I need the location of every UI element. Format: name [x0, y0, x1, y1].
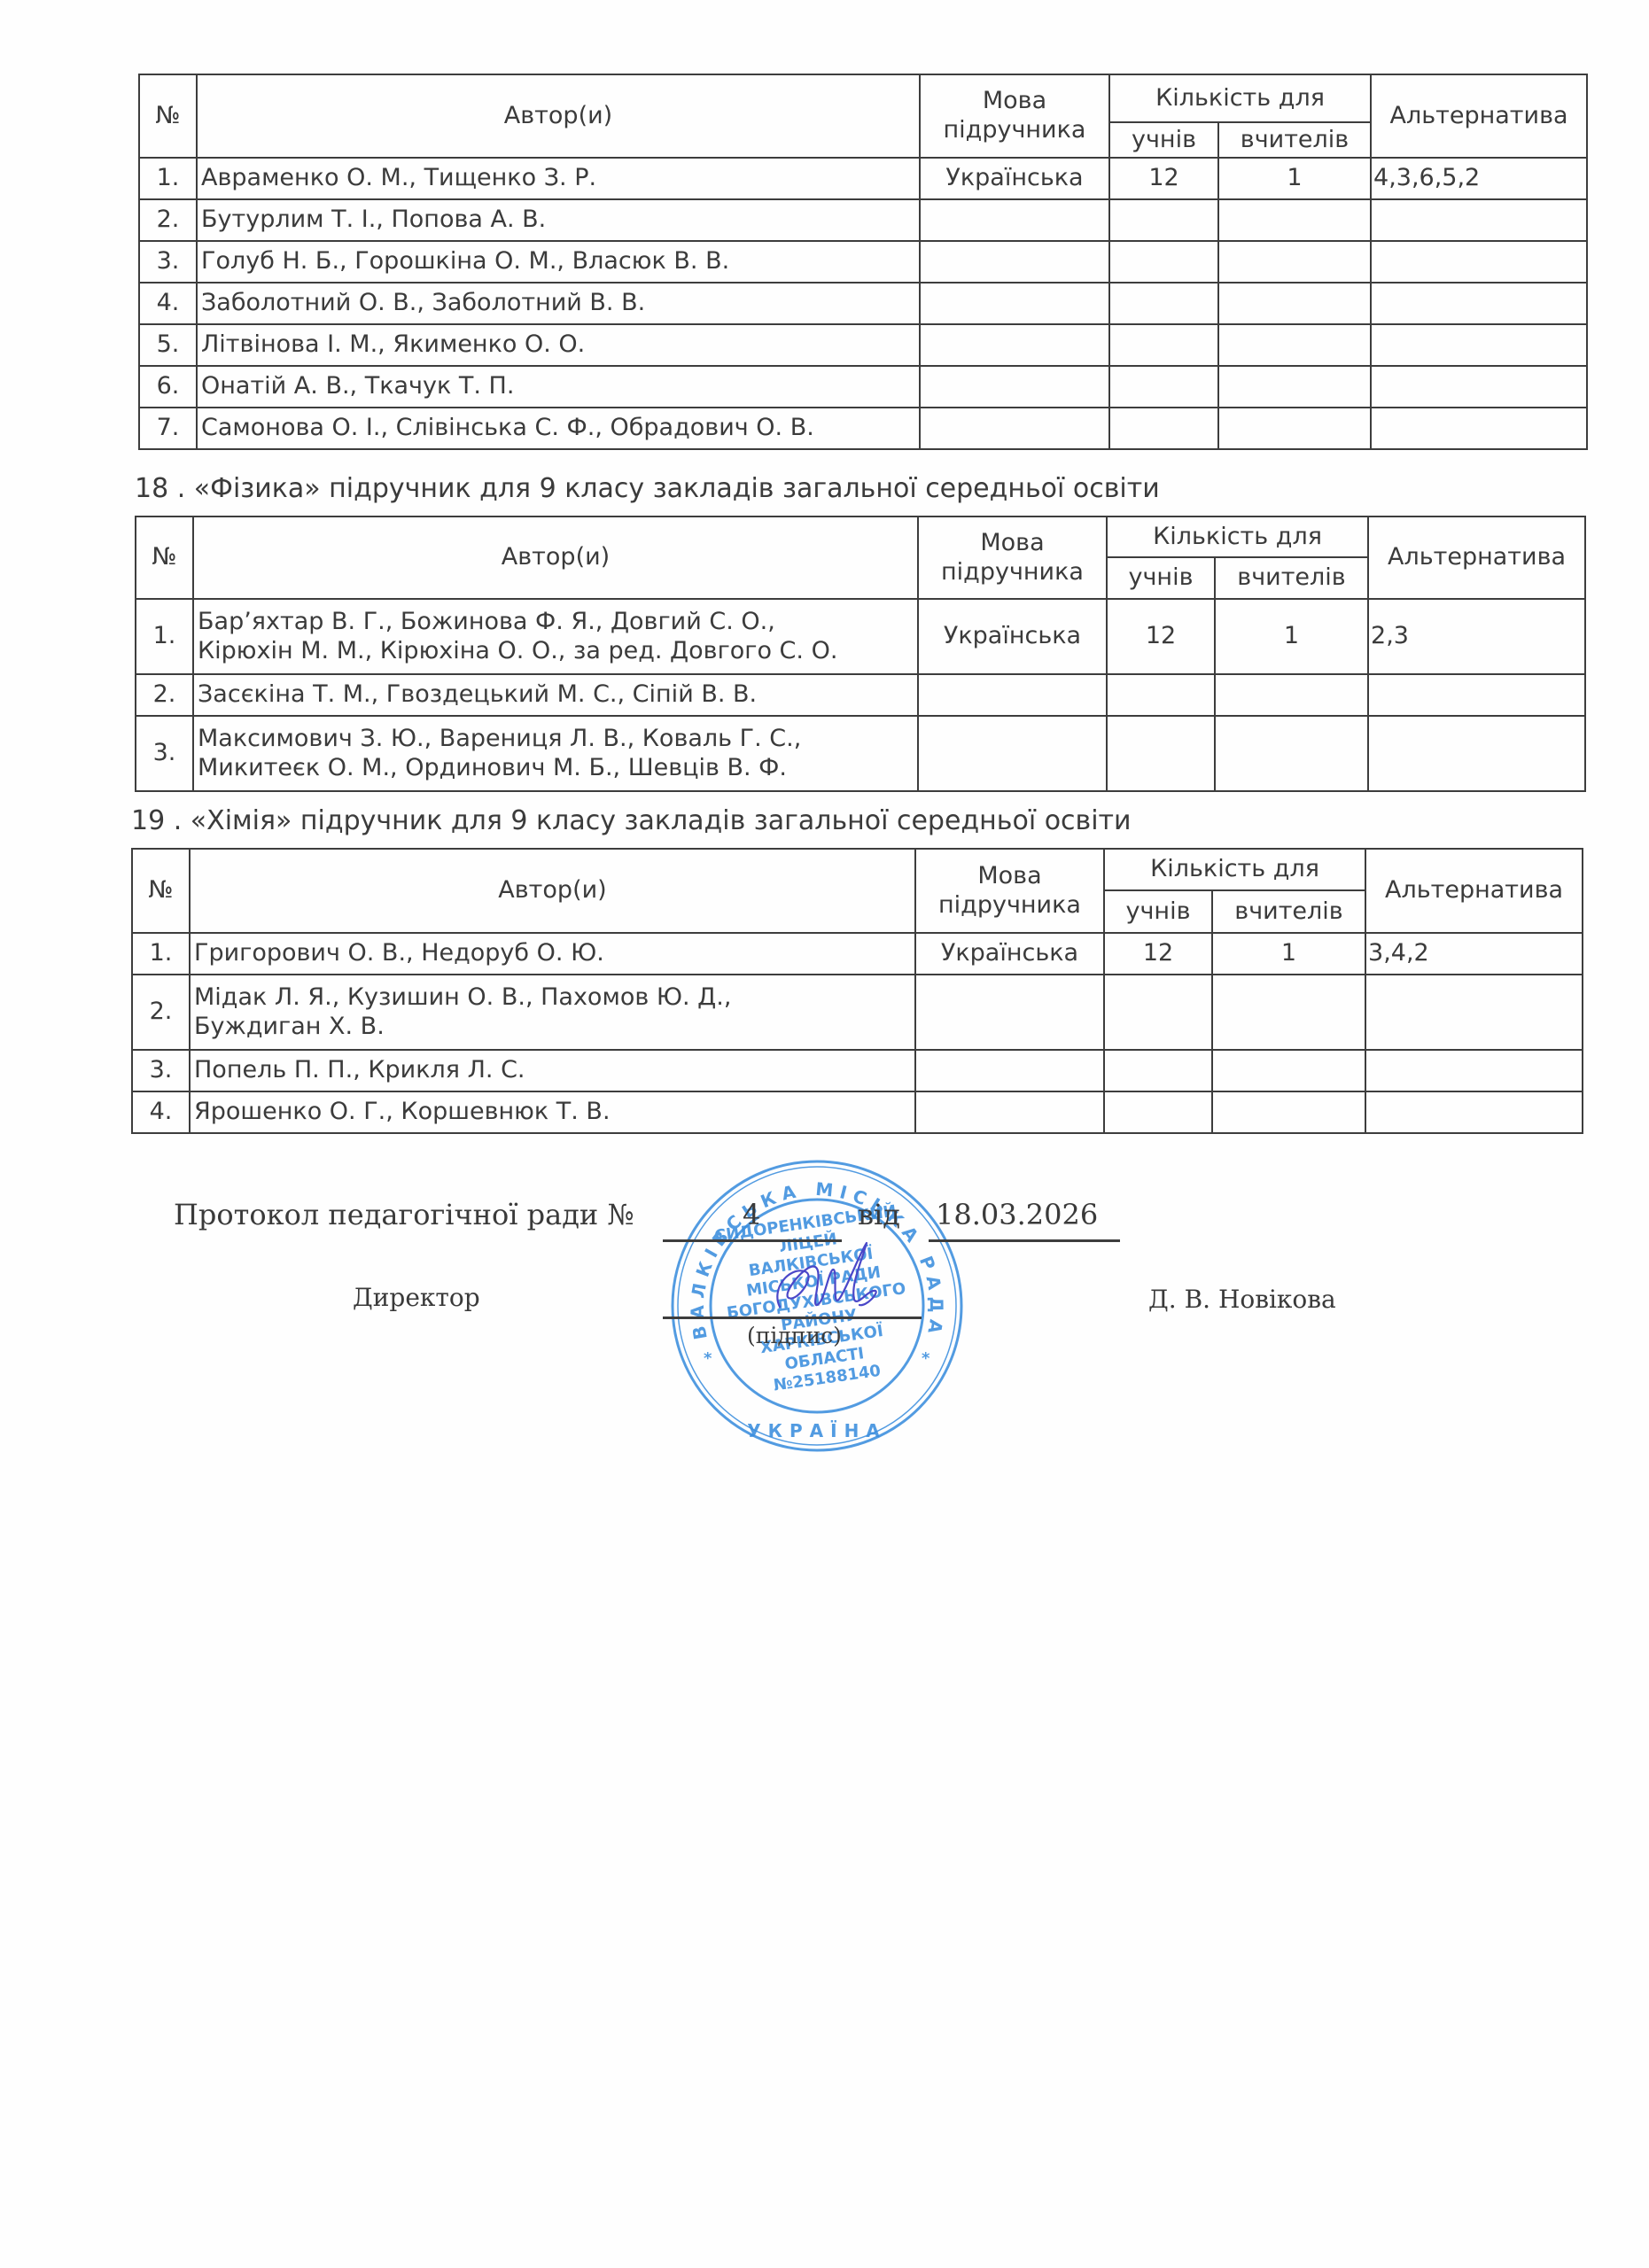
row-teachers-count: [1218, 283, 1371, 324]
row-language: Українська: [915, 933, 1104, 975]
col-header-authors: Автор(и): [190, 849, 915, 933]
row-students-count: 12: [1109, 158, 1218, 199]
row-number: 1.: [139, 158, 197, 199]
protocol-label: Протокол педагогічної ради №: [174, 1198, 634, 1231]
row-alternative: [1371, 241, 1587, 283]
table-row: 3.Попель П. П., Крикля Л. С.: [132, 1050, 1583, 1091]
protocol-number: 4: [743, 1198, 760, 1231]
row-authors: Григорович О. В., Недоруб О. Ю.: [190, 933, 915, 975]
textbook-table-physics: № Автор(и) Мова підручника Кількість для…: [135, 516, 1586, 792]
col-header-num: №: [132, 849, 190, 933]
row-students-count: [1107, 716, 1215, 791]
table-row: 2.Засєкіна Т. М., Гвоздецький М. С., Сіп…: [136, 674, 1585, 716]
table-row: 1.Бар’яхтар В. Г., Божинова Ф. Я., Довги…: [136, 599, 1585, 674]
row-authors: Бар’яхтар В. Г., Божинова Ф. Я., Довгий …: [193, 599, 918, 674]
authors-line: Засєкіна Т. М., Гвоздецький М. С., Сіпій…: [198, 680, 912, 710]
col-header-num: №: [136, 517, 193, 599]
row-students-count: 12: [1104, 933, 1212, 975]
col-header-num: №: [139, 74, 197, 158]
col-header-language: Мова підручника: [918, 517, 1107, 599]
col-header-students: учнів: [1104, 890, 1212, 933]
col-header-teachers: вчителів: [1212, 890, 1365, 933]
row-language: [918, 716, 1107, 791]
row-authors: Попель П. П., Крикля Л. С.: [190, 1050, 915, 1091]
textbook-table-continued: № Автор(и) Мова підручника Кількість для…: [138, 74, 1588, 450]
row-alternative: [1371, 283, 1587, 324]
row-students-count: [1109, 324, 1218, 366]
row-language: [920, 324, 1109, 366]
table-row: 7.Самонова О. І., Слівінська С. Ф., Обра…: [139, 408, 1587, 449]
row-authors: Авраменко О. М., Тищенко З. Р.: [197, 158, 920, 199]
row-teachers-count: [1218, 199, 1371, 241]
table-row: 3.Максимович З. Ю., Варениця Л. В., Кова…: [136, 716, 1585, 791]
row-alternative: 3,4,2: [1365, 933, 1583, 975]
row-students-count: [1109, 199, 1218, 241]
authors-line: Григорович О. В., Недоруб О. Ю.: [194, 939, 909, 968]
row-language: [920, 408, 1109, 449]
handwritten-signature: [762, 1236, 895, 1324]
row-teachers-count: [1212, 975, 1365, 1050]
protocol-date: 18.03.2026: [936, 1198, 1098, 1231]
row-students-count: [1109, 283, 1218, 324]
row-students-count: [1104, 1091, 1212, 1133]
row-students-count: [1109, 408, 1218, 449]
table-row: 5.Літвінова І. М., Якименко О. О.: [139, 324, 1587, 366]
col-header-authors: Автор(и): [193, 517, 918, 599]
col-header-alternative: Альтернатива: [1368, 517, 1585, 599]
authors-line: Кірюхін М. М., Кірюхіна О. О., за ред. Д…: [198, 637, 912, 666]
row-language: Українська: [918, 599, 1107, 674]
row-teachers-count: [1215, 674, 1368, 716]
row-alternative: [1371, 324, 1587, 366]
row-language: Українська: [920, 158, 1109, 199]
row-authors: Онатій А. В., Ткачук Т. П.: [197, 366, 920, 408]
row-language: [920, 199, 1109, 241]
row-students-count: [1104, 1050, 1212, 1091]
row-alternative: [1365, 1091, 1583, 1133]
row-students-count: 12: [1107, 599, 1215, 674]
col-header-quantity: Кількість для: [1104, 849, 1365, 890]
svg-text:*: *: [922, 1349, 930, 1368]
svg-text:*: *: [704, 1349, 712, 1368]
row-teachers-count: 1: [1212, 933, 1365, 975]
row-authors: Самонова О. І., Слівінська С. Ф., Обрадо…: [197, 408, 920, 449]
col-header-language: Мова підручника: [915, 849, 1104, 933]
row-teachers-count: [1215, 716, 1368, 791]
row-teachers-count: [1212, 1091, 1365, 1133]
row-alternative: [1368, 716, 1585, 791]
row-number: 2.: [136, 674, 193, 716]
section-title-physics: 18 . «Фізика» підручник для 9 класу закл…: [135, 473, 1160, 504]
row-authors: Літвінова І. М., Якименко О. О.: [197, 324, 920, 366]
row-number: 1.: [136, 599, 193, 674]
row-teachers-count: 1: [1215, 599, 1368, 674]
table-row: 1.Авраменко О. М., Тищенко З. Р.Українсь…: [139, 158, 1587, 199]
col-header-students: учнів: [1107, 557, 1215, 599]
table-row: 4.Заболотний О. В., Заболотний В. В.: [139, 283, 1587, 324]
row-teachers-count: [1218, 408, 1371, 449]
row-alternative: 4,3,6,5,2: [1371, 158, 1587, 199]
table-row: 1.Григорович О. В., Недоруб О. Ю.Українс…: [132, 933, 1583, 975]
row-teachers-count: [1212, 1050, 1365, 1091]
authors-line: Бар’яхтар В. Г., Божинова Ф. Я., Довгий …: [198, 608, 912, 637]
table-row: 2.Мідак Л. Я., Кузишин О. В., Пахомов Ю.…: [132, 975, 1583, 1050]
row-number: 2.: [132, 975, 190, 1050]
row-number: 5.: [139, 324, 197, 366]
authors-line: Попель П. П., Крикля Л. С.: [194, 1056, 909, 1085]
col-header-teachers: вчителів: [1218, 122, 1371, 158]
row-number: 4.: [139, 283, 197, 324]
row-authors: Бутурлим Т. І., Попова А. В.: [197, 199, 920, 241]
row-authors: Максимович З. Ю., Варениця Л. В., Коваль…: [193, 716, 918, 791]
authors-line: Микитеєк О. М., Ординович М. Б., Шевців …: [198, 754, 912, 783]
row-alternative: [1365, 1050, 1583, 1091]
col-header-authors: Автор(и): [197, 74, 920, 158]
col-header-language: Мова підручника: [920, 74, 1109, 158]
col-header-teachers: вчителів: [1215, 557, 1368, 599]
row-number: 3.: [139, 241, 197, 283]
row-language: [920, 366, 1109, 408]
row-alternative: [1365, 975, 1583, 1050]
table-row: 6.Онатій А. В., Ткачук Т. П.: [139, 366, 1587, 408]
row-number: 2.: [139, 199, 197, 241]
authors-line: Ярошенко О. Г., Коршевнюк Т. В.: [194, 1098, 909, 1127]
row-teachers-count: [1218, 241, 1371, 283]
protocol-from-label: від: [858, 1198, 900, 1231]
row-language: [915, 1091, 1104, 1133]
table-row: 4.Ярошенко О. Г., Коршевнюк Т. В.: [132, 1091, 1583, 1133]
row-alternative: [1371, 366, 1587, 408]
row-number: 4.: [132, 1091, 190, 1133]
director-title: Директор: [353, 1283, 480, 1312]
row-authors: Заболотний О. В., Заболотний В. В.: [197, 283, 920, 324]
row-alternative: [1371, 408, 1587, 449]
document-page: № Автор(и) Мова підручника Кількість для…: [0, 0, 1649, 2268]
col-header-quantity: Кількість для: [1109, 74, 1371, 122]
row-number: 3.: [136, 716, 193, 791]
row-number: 1.: [132, 933, 190, 975]
row-teachers-count: [1218, 324, 1371, 366]
row-teachers-count: 1: [1218, 158, 1371, 199]
row-authors: Мідак Л. Я., Кузишин О. В., Пахомов Ю. Д…: [190, 975, 915, 1050]
col-header-alternative: Альтернатива: [1365, 849, 1583, 933]
row-students-count: [1104, 975, 1212, 1050]
row-alternative: [1368, 674, 1585, 716]
row-number: 7.: [139, 408, 197, 449]
row-students-count: [1109, 241, 1218, 283]
authors-line: Максимович З. Ю., Варениця Л. В., Коваль…: [198, 725, 912, 754]
row-authors: Голуб Н. Б., Горошкіна О. М., Власюк В. …: [197, 241, 920, 283]
row-alternative: [1371, 199, 1587, 241]
authors-line: Мідак Л. Я., Кузишин О. В., Пахомов Ю. Д…: [194, 983, 909, 1013]
protocol-date-underline: [929, 1239, 1120, 1242]
table-row: 2.Бутурлим Т. І., Попова А. В.: [139, 199, 1587, 241]
row-students-count: [1107, 674, 1215, 716]
row-number: 6.: [139, 366, 197, 408]
row-authors: Ярошенко О. Г., Коршевнюк Т. В.: [190, 1091, 915, 1133]
stamp-bottom-text: УКРАЇНА: [747, 1420, 887, 1441]
col-header-alternative: Альтернатива: [1371, 74, 1587, 158]
row-teachers-count: [1218, 366, 1371, 408]
row-language: [915, 1050, 1104, 1091]
table-row: 3.Голуб Н. Б., Горошкіна О. М., Власюк В…: [139, 241, 1587, 283]
col-header-students: учнів: [1109, 122, 1218, 158]
row-language: [920, 283, 1109, 324]
row-language: [920, 241, 1109, 283]
row-number: 3.: [132, 1050, 190, 1091]
row-alternative: 2,3: [1368, 599, 1585, 674]
director-name: Д. В. Новікова: [1148, 1285, 1336, 1314]
row-authors: Засєкіна Т. М., Гвоздецький М. С., Сіпій…: [193, 674, 918, 716]
signature-caption: (підпис): [747, 1323, 842, 1348]
textbook-table-chemistry: № Автор(и) Мова підручника Кількість для…: [131, 848, 1583, 1134]
row-language: [915, 975, 1104, 1050]
authors-line: Буждиган Х. В.: [194, 1013, 909, 1042]
section-title-chemistry: 19 . «Хімія» підручник для 9 класу закла…: [131, 805, 1132, 836]
row-students-count: [1109, 366, 1218, 408]
row-language: [918, 674, 1107, 716]
col-header-quantity: Кількість для: [1107, 517, 1368, 557]
